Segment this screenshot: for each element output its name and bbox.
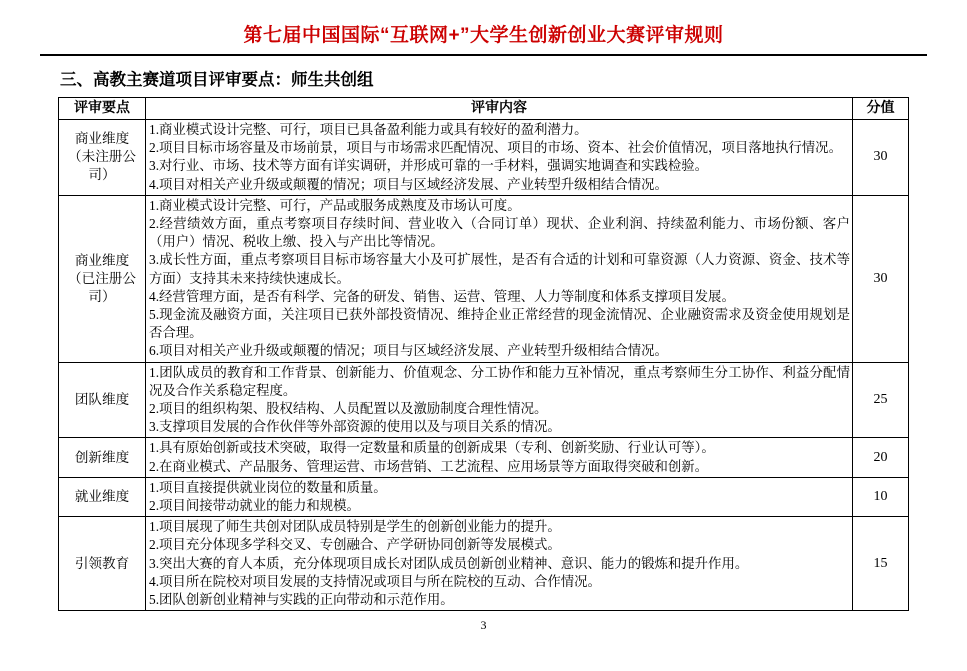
section-heading: 三、高教主赛道项目评审要点：师生共创组 (60, 66, 967, 90)
criteria-cell: 就业维度 (59, 477, 146, 516)
score-cell: 30 (853, 195, 909, 362)
table-row: 引领教育 1.项目展现了师生共创对团队成员特别是学生的创新创业能力的提升。 2.… (59, 517, 909, 611)
criteria-cell: 引领教育 (59, 517, 146, 611)
score-cell: 15 (853, 517, 909, 611)
doc-title: 第七届中国国际“互联网+”大学生创新创业大赛评审规则 (0, 0, 967, 49)
content-cell: 1.具有原始创新或技术突破，取得一定数量和质量的创新成果（专利、创新奖励、行业认… (146, 438, 853, 477)
criteria-cell: 商业维度（未注册公司） (59, 120, 146, 196)
content-cell: 1.团队成员的教育和工作背景、创新能力、价值观念、分工协作和能力互补情况，重点考… (146, 362, 853, 438)
content-cell: 1.商业模式设计完整、可行，项目已具备盈利能力或具有较好的盈利潜力。 2.项目目… (146, 120, 853, 196)
content-cell: 1.项目展现了师生共创对团队成员特别是学生的创新创业能力的提升。 2.项目充分体… (146, 517, 853, 611)
table-row: 团队维度 1.团队成员的教育和工作背景、创新能力、价值观念、分工协作和能力互补情… (59, 362, 909, 438)
table-row: 商业维度（未注册公司） 1.商业模式设计完整、可行，项目已具备盈利能力或具有较好… (59, 120, 909, 196)
header-criteria: 评审要点 (59, 98, 146, 120)
score-cell: 30 (853, 120, 909, 196)
criteria-cell: 商业维度（已注册公司） (59, 195, 146, 362)
criteria-cell: 创新维度 (59, 438, 146, 477)
table-header-row: 评审要点 评审内容 分值 (59, 98, 909, 120)
content-cell: 1.商业模式设计完整、可行，产品或服务成熟度及市场认可度。 2.经营绩效方面，重… (146, 195, 853, 362)
table-row: 创新维度 1.具有原始创新或技术突破，取得一定数量和质量的创新成果（专利、创新奖… (59, 438, 909, 477)
document-page: 第七届中国国际“互联网+”大学生创新创业大赛评审规则 三、高教主赛道项目评审要点… (0, 0, 967, 671)
score-cell: 25 (853, 362, 909, 438)
score-cell: 20 (853, 438, 909, 477)
header-content: 评审内容 (146, 98, 853, 120)
score-cell: 10 (853, 477, 909, 516)
page-number: 3 (0, 618, 967, 633)
title-rule (40, 54, 927, 56)
criteria-cell: 团队维度 (59, 362, 146, 438)
review-table: 评审要点 评审内容 分值 商业维度（未注册公司） 1.商业模式设计完整、可行，项… (58, 97, 909, 611)
table-row: 商业维度（已注册公司） 1.商业模式设计完整、可行，产品或服务成熟度及市场认可度… (59, 195, 909, 362)
header-score: 分值 (853, 98, 909, 120)
table-row: 就业维度 1.项目直接提供就业岗位的数量和质量。 2.项目间接带动就业的能力和规… (59, 477, 909, 516)
content-cell: 1.项目直接提供就业岗位的数量和质量。 2.项目间接带动就业的能力和规模。 (146, 477, 853, 516)
